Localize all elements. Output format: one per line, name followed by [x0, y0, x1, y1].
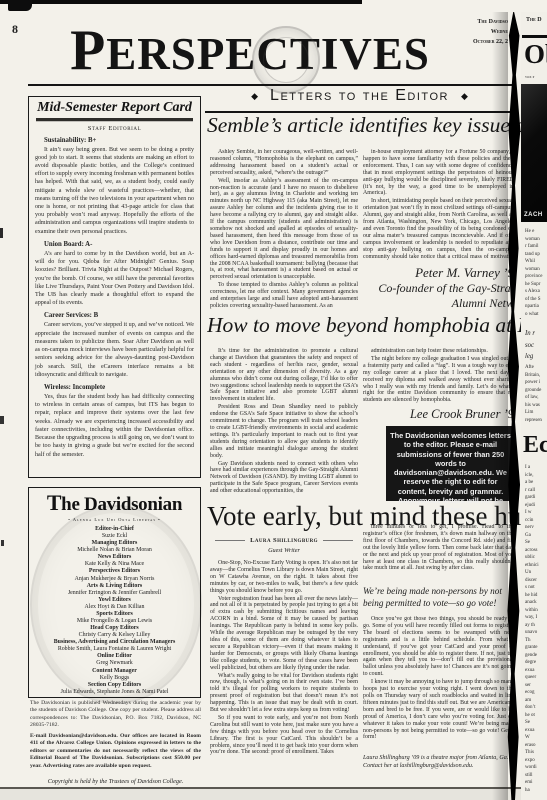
- scan-bottom-band: [0, 789, 547, 800]
- grade-body: Yes, thus far the student body has had d…: [35, 393, 194, 459]
- staff-role: Sports Editors: [29, 611, 200, 618]
- scan-margin-mark: [1, 540, 4, 546]
- signature-title: Alumni Netw: [340, 296, 514, 311]
- masthead-motto: • Alenda Lux Ubi Orta Libertas •: [29, 517, 200, 522]
- letter1-signature: Peter M. Varney ’9 Co-founder of the Gay…: [340, 265, 514, 311]
- adjacent-text-fragment: He e woman r famil tand up Whil woman pr…: [525, 228, 543, 318]
- masthead-title: The Davidsonian: [29, 491, 200, 516]
- report-card-title: Mid-Semester Report Card: [35, 100, 194, 116]
- vote-paragraph: What’s really going to be vital for Davi…: [210, 673, 358, 714]
- staff-names: Kelly Boggs: [29, 675, 200, 682]
- letter2-headline: How to move beyond homphobia at Davidson: [207, 313, 541, 338]
- staff-names: Julia Edwards, Stephanie Jones & Nami Pa…: [29, 689, 200, 696]
- adjacent-photo: Zach: [521, 84, 547, 222]
- diamond-icon: ◆: [461, 91, 468, 102]
- letter1-paragraph: Well, insofar as Ashley’s assessment of …: [210, 178, 358, 282]
- staff-role: Perspectives Editors: [29, 568, 200, 575]
- scan-margin-mark: [0, 228, 3, 238]
- staff-role: Online Editor: [29, 653, 200, 660]
- newspaper-page-scan: 8 Perspectives The Davidso Wedne October…: [0, 0, 547, 800]
- byline-rule: [215, 540, 245, 541]
- staff-names: Kate Kelly & Nina Mace: [29, 561, 200, 568]
- letter1-paragraph: Ashley Semble, in her courageous, well-w…: [210, 149, 358, 177]
- diamond-icon: ◆: [251, 91, 258, 102]
- staff-names: Mike Frongello & Logan Lewis: [29, 618, 200, 625]
- letter1-headline: Semble’s article identifies key issue on…: [207, 113, 541, 138]
- letter1-paragraph: To those tempted to dismiss Ashley’s col…: [210, 282, 358, 310]
- staff-role: Head Copy Editors: [29, 625, 200, 632]
- vote-paragraph: So if you want to vote early, and you’re…: [210, 715, 358, 756]
- publication-info: The Davidsonian is published Wednesdays …: [30, 700, 201, 730]
- grade-career-services: Career Services: B: [44, 312, 194, 319]
- adjacent-page-sliver: The D Ob vox p Zach He e woman r famil t…: [521, 12, 547, 800]
- staff-role: Yowl Editors: [29, 597, 200, 604]
- grade-body: A’s are hard to come by in the Davidson …: [35, 250, 194, 308]
- grade-body: Career services, you’ve stepped it up, a…: [35, 321, 194, 379]
- contact-info: E-mail Davidsonian@davidson.edu. Our off…: [30, 733, 201, 770]
- adjacent-text-fragment: Afte Britain, power i grounde of law, hi…: [525, 364, 542, 424]
- photo-caption: Zach: [524, 212, 543, 218]
- grade-wireless: Wireless: Incomplete: [44, 384, 194, 391]
- staff-role: Editor-in-Chief: [29, 526, 200, 533]
- staff-names: Anjan Mukherjee & Bryan Norris: [29, 576, 200, 583]
- adjacent-headline: Ob: [524, 39, 547, 70]
- letters-to-editor-banner: ◆ Letters to the Editor ◆: [205, 87, 514, 105]
- grade-body: It ain’t easy being green. But we seem t…: [35, 146, 194, 236]
- staff-role: Business, Advertising and Circulation Ma…: [29, 639, 200, 646]
- report-card-rule: [36, 118, 193, 121]
- vote-paragraph: One-Stop, No-Excuse Early Voting is open…: [210, 560, 358, 595]
- staff-names: Jennifer Errington & Jennifer Gambrell: [29, 590, 200, 597]
- staff-names: Christy Carry & Kelsey Lilley: [29, 632, 200, 639]
- section-title-perspectives: Perspectives: [50, 18, 450, 83]
- adjacent-kicker: vox p: [525, 74, 534, 79]
- scan-edge-artifact: [0, 0, 362, 4]
- vote-article-column-1: One-Stop, No-Excuse Early Voting is open…: [210, 560, 358, 774]
- adjacent-paper-name: The D: [526, 17, 542, 23]
- masthead-box: The Davidsonian • Alenda Lux Ubi Orta Li…: [28, 487, 201, 698]
- staff-names: Michelle Nolan & Brian Moran: [29, 547, 200, 554]
- signature-title: Co-founder of the Gay-Strai: [340, 281, 514, 296]
- copyright-line: Copyright is held by the Trustees of Dav…: [30, 778, 201, 785]
- gutter-shadow: [492, 12, 508, 800]
- scan-corner-artifact: [8, 0, 32, 11]
- byline: Laura Shillingburg: [210, 537, 358, 544]
- grade-sustainability: Sustainability: B+: [44, 137, 194, 144]
- letter2-column-1: It’s time for the administration to prom…: [210, 348, 358, 506]
- letter2-paragraph: It’s time for the administration to prom…: [210, 348, 358, 403]
- banner-label: Letters to the Editor: [270, 87, 449, 105]
- staff-role: Managing Editors: [29, 540, 200, 547]
- byline-author: Laura Shillingburg: [250, 537, 318, 544]
- byline-role: Guest Writer: [210, 547, 358, 554]
- signature-name: Peter M. Varney ’9: [340, 265, 514, 281]
- staff-role: News Editors: [29, 554, 200, 561]
- byline-rule: [323, 540, 353, 541]
- letter1-column-1: Ashley Semble, in her courageous, well-w…: [210, 149, 358, 312]
- grade-union-board: Union Board: A-: [44, 241, 194, 248]
- staff-editorial-kicker: Staff Editorial: [35, 125, 194, 132]
- staff-role: Section Copy Editors: [29, 682, 200, 689]
- staff-names: Suzie Eckl: [29, 533, 200, 540]
- staff-role: Content Manager: [29, 668, 200, 675]
- adjacent-text-fragment: I a icle, a be r call gardi ejudi I w cc…: [525, 464, 539, 794]
- letter2-paragraph: Gay Davidson students need to connect wi…: [210, 461, 358, 496]
- vote-paragraph: Voter registration fraud has been all ov…: [210, 596, 358, 672]
- staff-role: Arts & Living Editors: [29, 583, 200, 590]
- staff-names: Greg Newmark: [29, 660, 200, 667]
- staff-names: Alex Hoyt & Dan Killian: [29, 604, 200, 611]
- header-rule: [28, 84, 514, 86]
- staff-names: Robbie Smith, Laura Fontaine & Lauren Wr…: [29, 646, 200, 653]
- report-card-editorial: Mid-Semester Report Card Staff Editorial…: [28, 96, 201, 478]
- adjacent-rule: [522, 35, 547, 38]
- adjacent-quote-fragment: In r soc leg: [525, 328, 535, 363]
- adjacent-headline-2: Ec: [523, 432, 547, 459]
- page-number: 8: [12, 22, 18, 37]
- letter2-paragraph: President Ross and Dean Shandley need to…: [210, 404, 358, 459]
- scan-margin-mark: [0, 416, 4, 424]
